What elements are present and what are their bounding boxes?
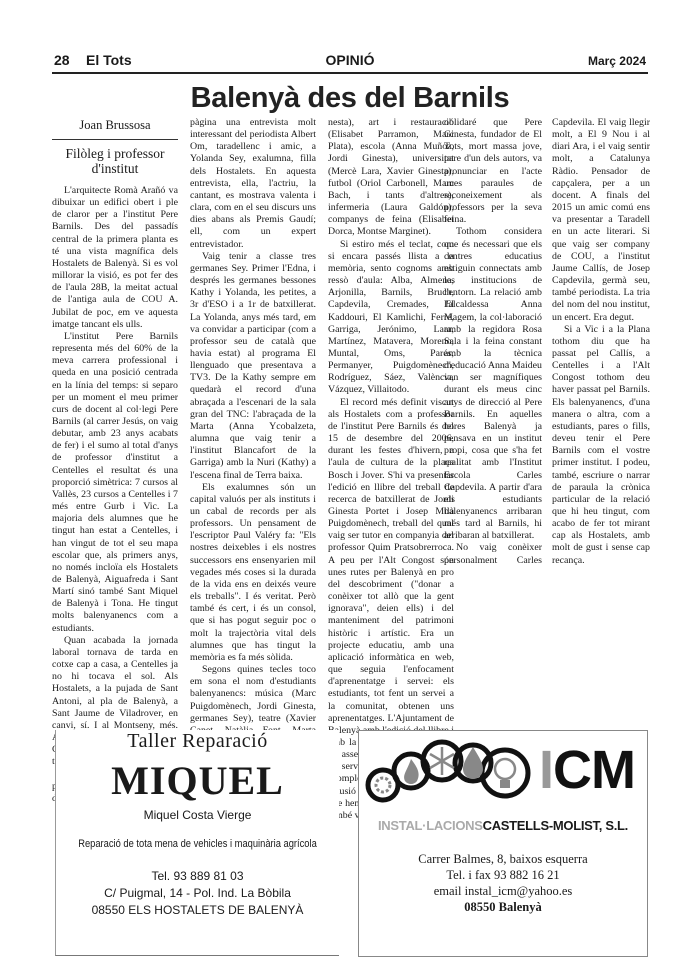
icm-logo-icons <box>359 733 539 818</box>
ad-contact: Carrer Balmes, 8, baixos esquerra Tel. i… <box>359 851 647 915</box>
icm-wordmark: ICM <box>539 739 635 801</box>
paragraph: L'institut Pere Barnils representa més d… <box>52 331 178 635</box>
author-name: Joan Brussosa <box>52 118 178 140</box>
byline: Joan Brussosa Filòleg i professor d'inst… <box>52 118 178 176</box>
icm-logo: ICM <box>359 733 647 818</box>
article-column-1: L'arquitecte Romà Arañó va dibuixar un e… <box>52 185 178 805</box>
advertisement-taller-miquel: Taller Reparació MIQUEL Miquel Costa Vie… <box>55 730 339 956</box>
article-column-3: nesta), art i restauració (Elisabet Parr… <box>328 117 454 822</box>
advertisement-icm: ICM INSTAL·LACIONSCASTELLS-MOLIST, S.L. … <box>358 730 648 957</box>
ad-address: C/ Puigmal, 14 - Pol. Ind. La Bòbila <box>56 885 339 902</box>
ad-business-name: MIQUEL <box>56 757 339 804</box>
snowflake-icon <box>430 747 454 775</box>
article-column-4: oblidaré que Pere Ginesta, fundador de E… <box>444 117 650 717</box>
ad-city: 08550 ELS HOSTALETS DE BALENYÀ <box>56 902 339 919</box>
ad-service: Reparació de tota mena de vehicles i maq… <box>77 838 318 850</box>
section-name: OPINIÓ <box>52 52 648 68</box>
ad-phone: Tel. i fax 93 882 16 21 <box>359 867 647 883</box>
flame-icon <box>404 759 419 784</box>
article-column-2: pàgina una entrevista molt interessant d… <box>190 117 316 810</box>
ad-phone: Tel. 93 889 81 03 <box>56 868 339 885</box>
company-name-black: CASTELLS-MOLIST, S.L. <box>483 818 628 833</box>
gear-icon <box>376 778 390 792</box>
ad-email: email instal_icm@yahoo.es <box>359 883 647 899</box>
company-name-grey: INSTAL·LACIONS <box>378 818 483 833</box>
paragraph: Si a Vic i a la Plana tothom diu que ha … <box>552 324 650 567</box>
ad-contact: Tel. 93 889 81 03 C/ Puigmal, 14 - Pol. … <box>56 868 339 919</box>
paragraph: Si estiro més el teclat, com si encara p… <box>328 239 454 397</box>
ad-address: Carrer Balmes, 8, baixos esquerra <box>359 851 647 867</box>
issue-date: Març 2024 <box>588 54 646 68</box>
paragraph: L'arquitecte Romà Arañó va dibuixar un e… <box>52 185 178 331</box>
paragraph: Vaig tenir a classe tres germanes Sey. P… <box>190 251 316 482</box>
page-header: 28 El Tots OPINIÓ Març 2024 <box>52 50 648 74</box>
ad-heading: Taller Reparació <box>56 730 339 753</box>
ad-company-name: INSTAL·LACIONSCASTELLS-MOLIST, S.L. <box>359 818 647 833</box>
paragraph: Els exalumnes són un capital valuós per … <box>190 482 316 664</box>
ad-city: 08550 Balenyà <box>359 899 647 915</box>
paragraph: Tothom considera que és necessari que el… <box>444 226 542 542</box>
icm-letter-i: I <box>539 740 553 800</box>
article-title: Balenyà des del Barnils <box>0 82 700 115</box>
water-drop-icon <box>463 747 483 779</box>
light-bulb-icon <box>495 759 515 788</box>
paragraph: oblidaré que Pere Ginesta, fundador de E… <box>444 117 542 226</box>
ad-owner: Miquel Costa Vierge <box>56 808 339 822</box>
paragraph: pàgina una entrevista molt interessant d… <box>190 117 316 251</box>
author-role: Filòleg i professor d'institut <box>52 146 178 176</box>
icm-letters-cm: CM <box>553 740 635 800</box>
paragraph: nesta), art i restauració (Elisabet Parr… <box>328 117 454 239</box>
